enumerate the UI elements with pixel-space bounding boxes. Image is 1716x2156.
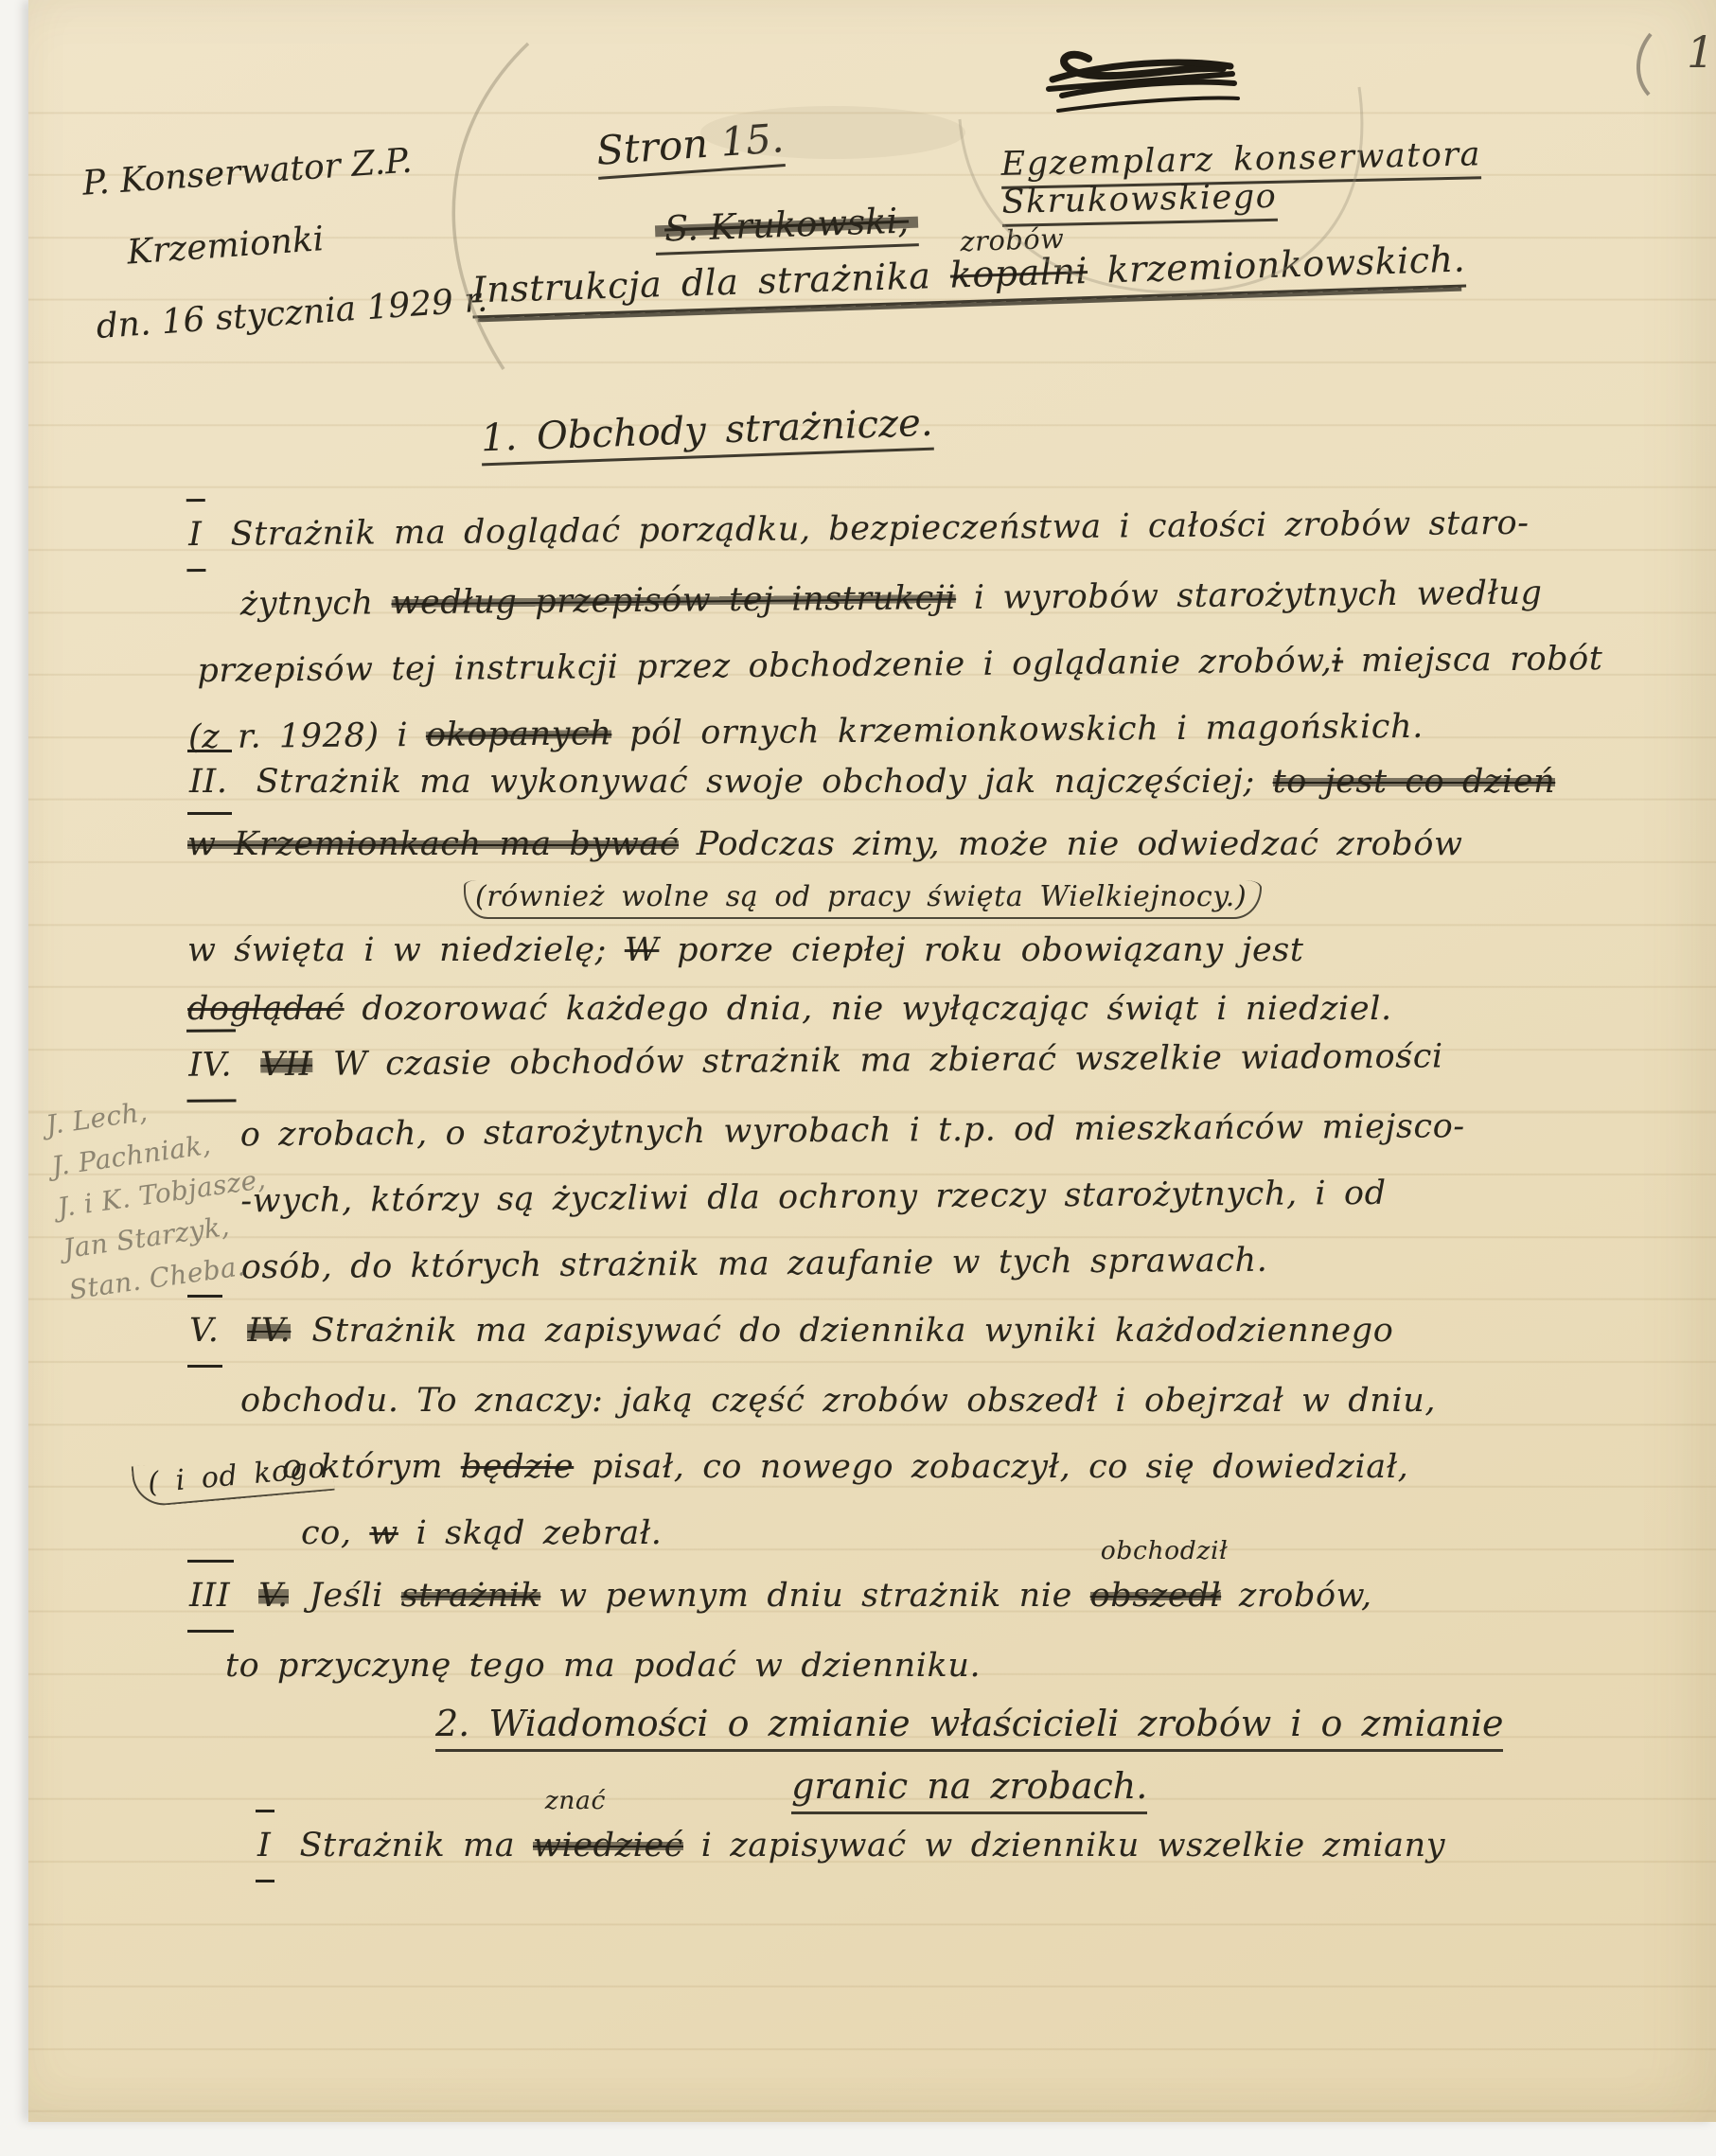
- handwritten-text: Jeśli: [310, 1577, 401, 1615]
- struck-text: doglądać: [187, 990, 345, 1028]
- handwritten-text: granic na zrobach.: [791, 1765, 1147, 1807]
- struck-text: w: [369, 1514, 398, 1552]
- inserted-word-above: znać: [545, 1789, 606, 1814]
- manuscript-line: co, w i skąd zebrał.: [187, 1500, 1716, 1566]
- item-numeral: III: [187, 1560, 234, 1633]
- manuscript-line: V.IV.Strażnik ma zapisywać do dziennika …: [187, 1295, 1716, 1368]
- line-text: Strażnik ma wykonywać swoje obchody jak …: [257, 763, 1556, 801]
- handwritten-text: i zapisywać w dzienniku wszelkie zmiany: [683, 1827, 1445, 1864]
- handwritten-text: obchodu. To znaczy: jaką część zrobów ob…: [240, 1382, 1436, 1420]
- struck-numeral: V.: [258, 1563, 288, 1629]
- manuscript-line: IStrażnik ma znaćwiedzieć i zapisywać w …: [256, 1810, 1716, 1882]
- document-title: Instrukcja dla strażnika zrobówkopalni k…: [470, 212, 1466, 311]
- instruction-item-2: II.Strażnik ma wykonywać swoje obchody j…: [187, 750, 1716, 1038]
- struck-text: to jest co dzień: [1273, 763, 1556, 801]
- handwritten-text: W czasie obchodów strażnik ma zbierać ws…: [333, 1037, 1443, 1083]
- line-text: przepisów tej instrukcji przez obchodzen…: [197, 640, 1602, 690]
- line-text: (również wolne są od pracy święta Wielki…: [464, 880, 1262, 919]
- instruction-item-4: IV.VIIW czasie obchodów strażnik ma zbie…: [186, 1018, 1716, 1300]
- handwritten-text: co,: [301, 1514, 369, 1552]
- line-text: osób, do których strażnik ma zaufanie w …: [241, 1242, 1268, 1287]
- margin-pencil-names: J. Lech,J. Pachniak,J. i K. Tobjasze,Jan…: [44, 1073, 297, 1311]
- section1-heading-text: 1. Obchody strażnicze.: [480, 401, 933, 467]
- pages-count-note: Stron 15.: [595, 115, 786, 174]
- sender-block: P. Konserwator Z.P. Krzemionki dn. 16 st…: [80, 121, 490, 364]
- manuscript-line: 2. Wiadomości o zmianie właścicieli zrob…: [435, 1692, 1503, 1755]
- line-text: to przyczynę tego ma podać w dzienniku.: [225, 1647, 981, 1685]
- item-numeral: II.: [187, 750, 232, 815]
- handwritten-text: to przyczynę tego ma podać w dzienniku.: [225, 1647, 981, 1685]
- struck-text: okopanych: [426, 715, 612, 754]
- handwritten-text: Strażnik ma wykonywać swoje obchody jak …: [257, 763, 1273, 801]
- struck-text: znaćwiedzieć: [533, 1812, 683, 1879]
- handwritten-text: pól ornych krzemionkowskich i magońskich…: [611, 708, 1424, 752]
- struck-numeral: IV.: [247, 1298, 291, 1364]
- instruction-item-1: IStrażnik ma doglądać porządku, bezpiecz…: [186, 486, 1716, 770]
- line-text: obchodu. To znaczy: jaką część zrobów ob…: [240, 1382, 1436, 1420]
- line-text: o którym będzie pisał, co nowego zobaczy…: [282, 1448, 1408, 1486]
- handwritten-text: w pewnym dniu strażnik nie: [540, 1577, 1089, 1615]
- line-text: w Krzemionkach ma bywać Podczas zimy, mo…: [187, 825, 1463, 863]
- pages-count-text: Stron 15.: [595, 115, 787, 180]
- handwritten-text: ( i od kogo: [147, 1452, 327, 1500]
- handwritten-text: Podczas zimy, może nie odwiedzać zrobów: [679, 825, 1463, 863]
- line-text: -wych, którzy są życzliwi dla ochrony rz…: [240, 1175, 1387, 1220]
- line-text: żytnych według przepisów tej instrukcji …: [240, 574, 1543, 624]
- manuscript-line: o zrobach, o starożytnych wyrobach i t.p…: [187, 1091, 1716, 1168]
- struck-text: W: [625, 931, 660, 969]
- handwritten-text: i skąd zebrał.: [398, 1514, 663, 1552]
- line-text: 2. Wiadomości o zmianie właścicieli zrob…: [435, 1703, 1503, 1752]
- manuscript-line: to przyczynę tego ma podać w dzienniku.: [187, 1633, 1716, 1699]
- handwritten-text: krzemionkowskich.: [1087, 239, 1465, 292]
- handwritten-text: 2. Wiadomości o zmianie właścicieli zrob…: [435, 1703, 1503, 1744]
- handwritten-text: Instrukcja dla strażnika: [471, 255, 951, 311]
- manuscript-line: przepisów tej instrukcji przez obchodzen…: [187, 625, 1716, 704]
- manuscript-line: w święta i w niedzielę; W porze ciepłej …: [187, 921, 1716, 980]
- line-text: o zrobach, o starożytnych wyrobach i t.p…: [240, 1107, 1465, 1154]
- page-number: 1: [1687, 27, 1714, 78]
- inserted-word-above: obchodził: [1101, 1539, 1229, 1564]
- struck-text: strażnik: [401, 1577, 541, 1615]
- struck-text: według przepisów tej instrukcji: [391, 579, 956, 622]
- handwritten-text: zrobów,: [1221, 1577, 1372, 1615]
- manuscript-line: w Krzemionkach ma bywać Podczas zimy, mo…: [187, 815, 1716, 874]
- handwritten-text: Strażnik ma: [299, 1827, 533, 1864]
- item-numeral: I: [256, 1810, 274, 1882]
- manuscript-line: osób, do których strażnik ma zaufanie w …: [188, 1224, 1716, 1300]
- struck-text: obchodziłobszedł: [1090, 1563, 1222, 1629]
- line-text: granic na zrobach.: [791, 1765, 1147, 1814]
- handwritten-text: Strażnik ma doglądać porządku, bezpiecze…: [230, 504, 1529, 554]
- handwritten-text: w święta i w niedzielę;: [187, 931, 625, 969]
- struck-text: w Krzemionkach ma bywać: [187, 825, 679, 863]
- line-text: Jeśli strażnik w pewnym dniu strażnik ni…: [310, 1577, 1372, 1615]
- instruction-item-3: IIIV.Jeśli strażnik w pewnym dniu strażn…: [187, 1560, 1716, 1699]
- manuscript-paper: 1 P. Konserwator Z.P. Krzemionki dn. 16 …: [28, 0, 1716, 2122]
- manuscript-line: IIIV.Jeśli strażnik w pewnym dniu strażn…: [187, 1560, 1716, 1633]
- handwritten-text: o zrobach, o starożytnych wyrobach i t.p…: [240, 1107, 1465, 1154]
- manuscript-line: -wych, którzy są życzliwi dla ochrony rz…: [187, 1158, 1716, 1234]
- manuscript-line: IV.VIIW czasie obchodów strażnik ma zbie…: [186, 1018, 1716, 1102]
- manuscript-line: II.Strażnik ma wykonywać swoje obchody j…: [187, 750, 1716, 815]
- line-text: Strażnik ma zapisywać do dziennika wynik…: [311, 1312, 1393, 1350]
- scanned-page: 1 P. Konserwator Z.P. Krzemionki dn. 16 …: [0, 0, 1716, 2156]
- line-text: W czasie obchodów strażnik ma zbierać ws…: [333, 1037, 1443, 1083]
- line-text: Strażnik ma znaćwiedzieć i zapisywać w d…: [299, 1827, 1445, 1864]
- handwritten-text: osób, do których strażnik ma zaufanie w …: [241, 1242, 1268, 1287]
- manuscript-line: o którym będzie pisał, co nowego zobaczy…: [187, 1434, 1716, 1500]
- line-text: Instrukcja dla strażnika zrobówkopalni k…: [471, 239, 1466, 319]
- handwritten-text: -wych, którzy są życzliwi dla ochrony rz…: [240, 1175, 1387, 1220]
- struck-text: będzie: [461, 1448, 574, 1486]
- struck-text: i: [1332, 643, 1343, 680]
- line-text: Strażnik ma doglądać porządku, bezpiecze…: [230, 504, 1529, 554]
- manuscript-line: Instrukcja dla strażnika zrobówkopalni k…: [471, 239, 1466, 311]
- item-numeral: V.: [187, 1295, 222, 1368]
- handwritten-text: pisał, co nowego zobaczył, co się dowied…: [574, 1448, 1408, 1486]
- instruction-item-last: IStrażnik ma znaćwiedzieć i zapisywać w …: [256, 1810, 1716, 1882]
- handwritten-text: miejsca robót: [1343, 640, 1603, 680]
- handwritten-text: przepisów tej instrukcji przez obchodzen…: [197, 643, 1332, 690]
- instruction-item-5: V.IV.Strażnik ma zapisywać do dziennika …: [187, 1295, 1716, 1566]
- handwritten-text: żytnych: [240, 584, 392, 623]
- handwritten-text: Strażnik ma zapisywać do dziennika wynik…: [311, 1312, 1393, 1350]
- inserted-word-above: zrobów: [960, 224, 1065, 255]
- line-text: w święta i w niedzielę; W porze ciepłej …: [187, 931, 1304, 969]
- manuscript-line: obchodu. To znaczy: jaką część zrobów ob…: [187, 1368, 1716, 1434]
- struck-text: zrobówkopalni: [949, 250, 1088, 296]
- line-text: co, w i skąd zebrał.: [301, 1514, 663, 1552]
- handwritten-text: i wyrobów starożytnych według: [956, 574, 1543, 617]
- section1-heading: 1. Obchody strażnicze.: [480, 401, 933, 461]
- copy-ownership-note: Egzemplarz konserwatora Skrukowskiego: [1000, 131, 1716, 221]
- manuscript-line: (również wolne są od pracy święta Wielki…: [187, 874, 1716, 921]
- handwritten-text: (również wolne są od pracy święta Wielki…: [475, 880, 1247, 913]
- manuscript-line: IStrażnik ma doglądać porządku, bezpiecz…: [186, 486, 1716, 572]
- item-numeral: I: [186, 499, 206, 572]
- handwritten-text: porze ciepłej roku obowiązany jest: [659, 931, 1303, 969]
